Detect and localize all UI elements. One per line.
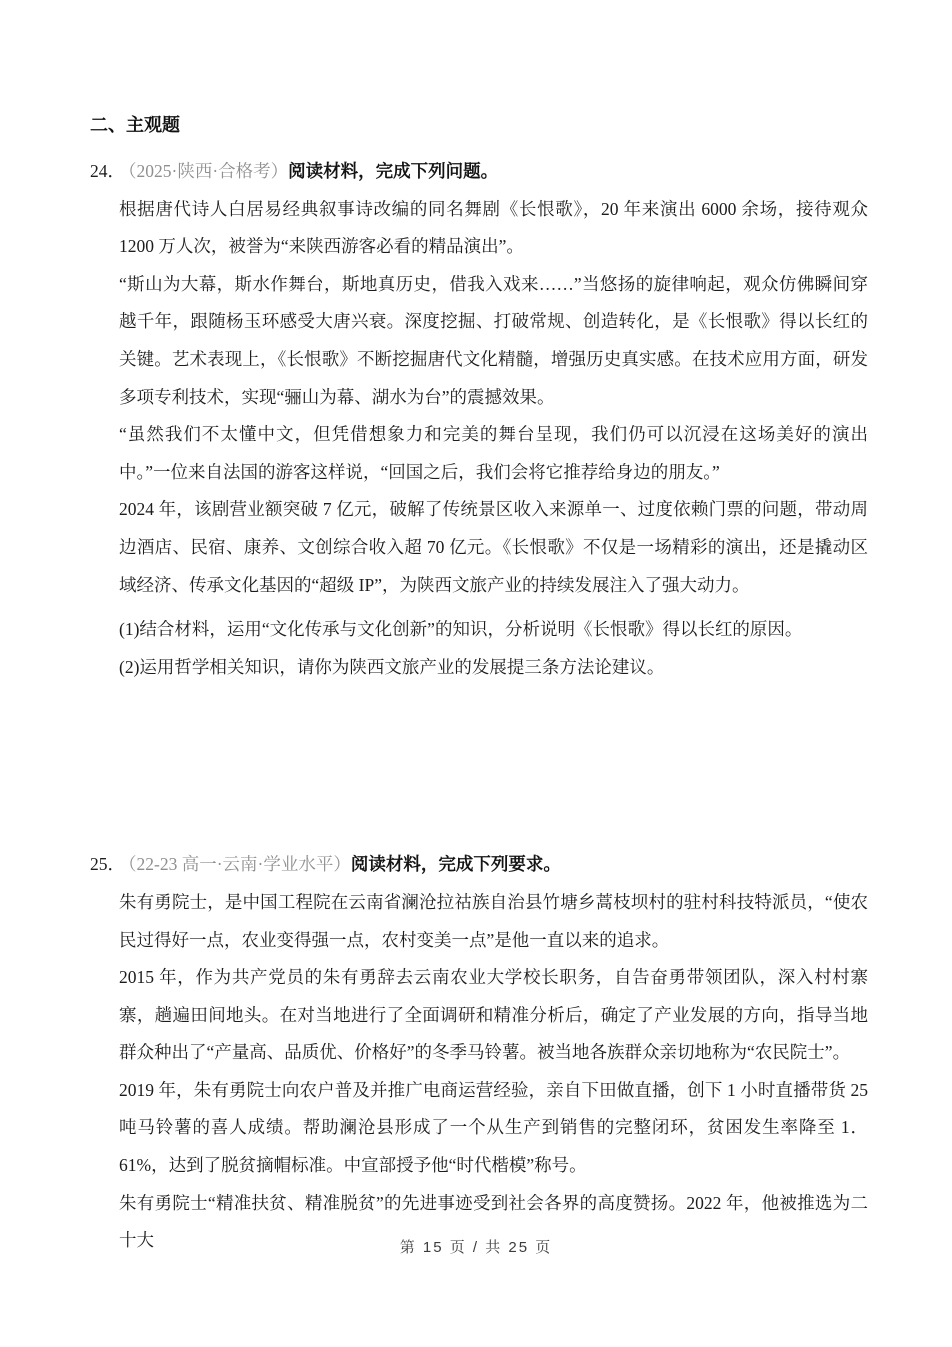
question-24-number: 24． [90, 153, 119, 191]
section-title: 二、主观题 [90, 110, 868, 140]
material-paragraph: “虽然我们不太懂中文，但凭借想象力和完美的舞台呈现，我们仍可以沉浸在这场美好的演… [119, 416, 868, 491]
material-paragraph: 朱有勇院士，是中国工程院在云南省澜沧拉祜族自治县竹塘乡蒿枝坝村的驻村科技特派员，… [119, 884, 868, 959]
exam-document-page: 二、主观题 24．（2025·陕西·合格考）阅读材料，完成下列问题。 根据唐代诗… [0, 0, 952, 1347]
question-25-number: 25． [90, 846, 119, 884]
page-footer: 第 15 页 / 共 25 页 [0, 1236, 952, 1257]
question-24: 24．（2025·陕西·合格考）阅读材料，完成下列问题。 根据唐代诗人白居易经典… [90, 153, 868, 686]
question-24-header: 24．（2025·陕西·合格考）阅读材料，完成下列问题。 [90, 153, 868, 191]
question-24-prompt: 阅读材料，完成下列问题。 [288, 161, 498, 181]
material-paragraph: 2015 年，作为共产党员的朱有勇辞去云南农业大学校长职务，自告奋勇带领团队，深… [119, 959, 868, 1072]
question-24-subquestions: (1)结合材料，运用“文化传承与文化创新”的知识，分析说明《长恨歌》得以长红的原… [119, 611, 868, 686]
answer-space [90, 686, 868, 846]
question-24-material: 根据唐代诗人白居易经典叙事诗改编的同名舞剧《长恨歌》，20 年来演出 6000 … [119, 191, 868, 687]
material-paragraph: 2019 年，朱有勇院士向农户普及并推广电商运营经验，亲自下田做直播，创下 1 … [119, 1072, 868, 1185]
question-25-material: 朱有勇院士，是中国工程院在云南省澜沧拉祜族自治县竹塘乡蒿枝坝村的驻村科技特派员，… [119, 884, 868, 1260]
subquestion-2: (2)运用哲学相关知识，请你为陕西文旅产业的发展提三条方法论建议。 [119, 649, 868, 687]
subquestion-1: (1)结合材料，运用“文化传承与文化创新”的知识，分析说明《长恨歌》得以长红的原… [119, 611, 868, 649]
question-25: 25．（22-23 高一·云南·学业水平）阅读材料，完成下列要求。 朱有勇院士，… [90, 846, 868, 1260]
question-25-source-tag: （22-23 高一·云南·学业水平） [119, 854, 351, 874]
material-paragraph: “斯山为大幕，斯水作舞台，斯地真历史，借我入戏来……”当悠扬的旋律响起，观众仿佛… [119, 266, 868, 416]
material-paragraph: 2024 年，该剧营业额突破 7 亿元，破解了传统景区收入来源单一、过度依赖门票… [119, 491, 868, 604]
page-content: 二、主观题 24．（2025·陕西·合格考）阅读材料，完成下列问题。 根据唐代诗… [90, 110, 868, 1260]
question-25-prompt: 阅读材料，完成下列要求。 [351, 854, 561, 874]
question-24-source-tag: （2025·陕西·合格考） [119, 161, 288, 181]
page-number-text: 第 15 页 / 共 25 页 [400, 1239, 553, 1256]
material-paragraph: 根据唐代诗人白居易经典叙事诗改编的同名舞剧《长恨歌》，20 年来演出 6000 … [119, 191, 868, 266]
question-25-header: 25．（22-23 高一·云南·学业水平）阅读材料，完成下列要求。 [90, 846, 868, 884]
